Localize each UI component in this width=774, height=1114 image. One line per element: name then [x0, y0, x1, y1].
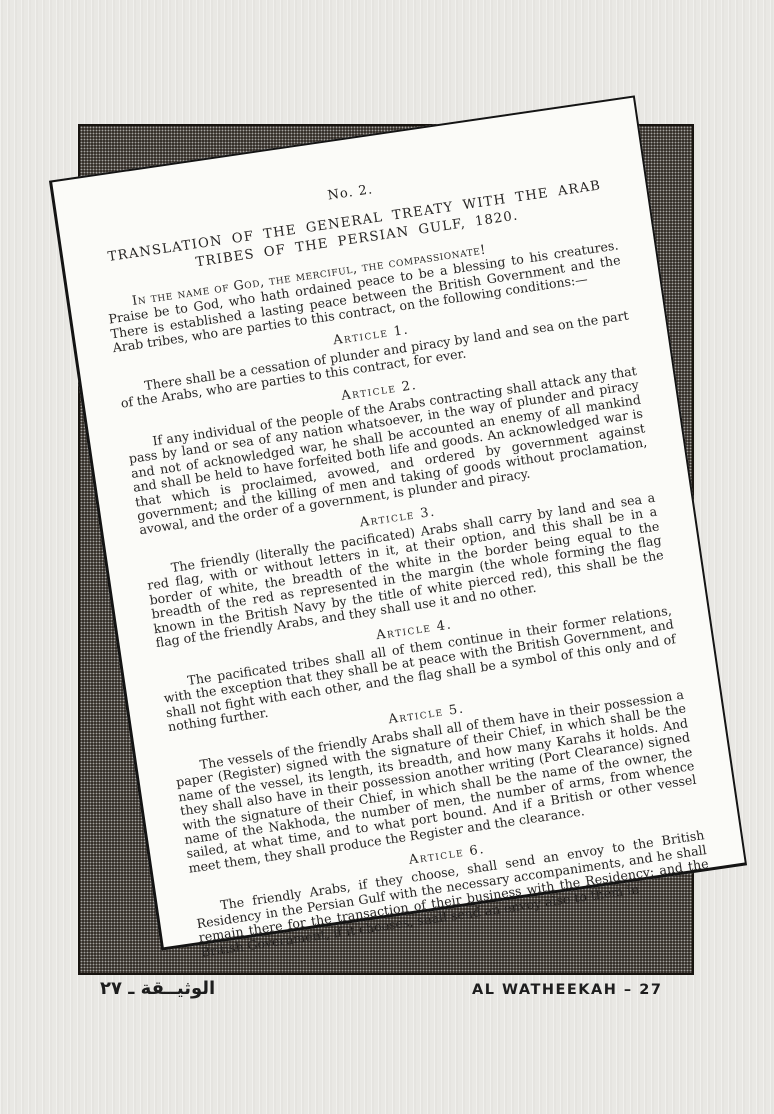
- footer-english-title: AL WATHEEKAH – 27: [472, 982, 662, 998]
- footer-arabic-title: الوثيــقة ـ ٢٧: [100, 978, 215, 999]
- scanned-treaty-page: No. 2. TRANSLATION OF THE GENERAL TREATY…: [49, 95, 747, 950]
- magazine-page: No. 2. TRANSLATION OF THE GENERAL TREATY…: [0, 0, 774, 1114]
